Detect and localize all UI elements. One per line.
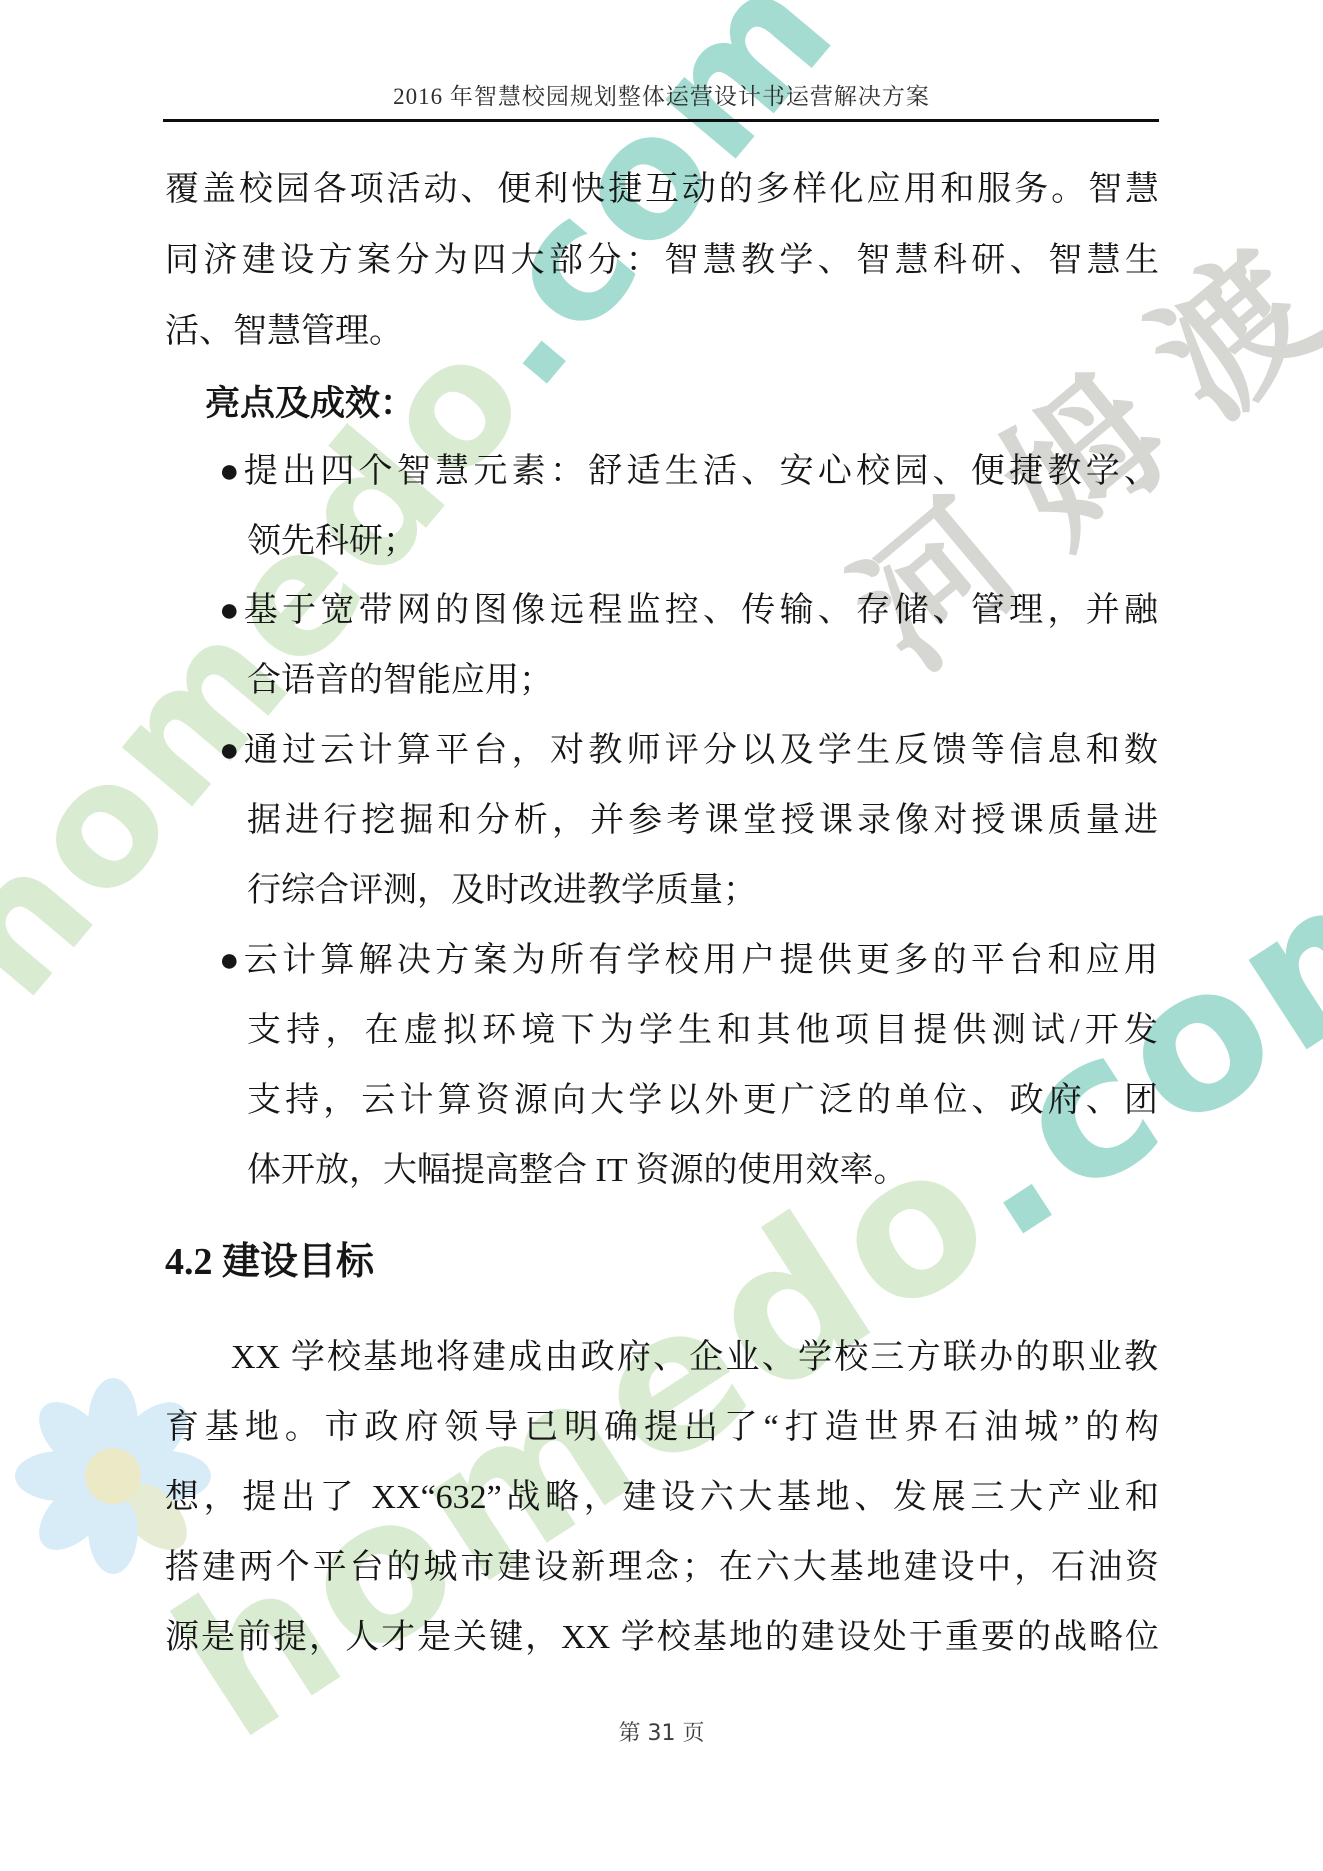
bullet-line: ●通过云计算平台，对教师评分以及学生反馈等信息和数 bbox=[219, 731, 1158, 772]
highlights-heading: 亮点及成效： bbox=[205, 383, 415, 425]
bullet-line: 领先科研； bbox=[247, 522, 417, 563]
body-line: 活、智慧管理。 bbox=[165, 312, 403, 353]
body-line: 源是前提，人才是关键，XX 学校基地的建设处于重要的战略位 bbox=[165, 1618, 1159, 1659]
body-line: 覆盖校园各项活动、便利快捷互动的多样化应用和服务。智慧 bbox=[165, 170, 1159, 211]
bullet-line: ●基于宽带网的图像远程监控、传输、存储、管理，并融 bbox=[219, 591, 1158, 632]
bullet-line: 支持，在虚拟环境下为学生和其他项目提供测试/开发 bbox=[247, 1011, 1158, 1052]
body-line: 想，提出了 XX“632”战略，建设六大基地、发展三大产业和 bbox=[165, 1478, 1159, 1519]
flower-center bbox=[85, 1448, 141, 1504]
bullet-line: ●云计算解决方案为所有学校用户提供更多的平台和应用 bbox=[219, 941, 1158, 982]
body-line: XX 学校基地将建成由政府、企业、学校三方联办的职业教 bbox=[231, 1338, 1158, 1379]
body-line: 搭建两个平台的城市建设新理念；在六大基地建设中，石油资 bbox=[165, 1548, 1159, 1589]
bullet-line: 支持，云计算资源向大学以外更广泛的单位、政府、团 bbox=[247, 1081, 1158, 1122]
body-line: 育基地。市政府领导已明确提出了“打造世界石油城”的构 bbox=[165, 1408, 1159, 1449]
body-line: 同济建设方案分为四大部分：智慧教学、智慧科研、智慧生 bbox=[165, 241, 1159, 282]
section-heading: 4.2 建设目标 bbox=[165, 1240, 374, 1286]
page-number: 第 31 页 bbox=[0, 1716, 1323, 1747]
page-header-title: 2016 年智慧校园规划整体运营设计书运营解决方案 bbox=[0, 78, 1323, 111]
bullet-line: 据进行挖掘和分析，并参考课堂授课录像对授课质量进 bbox=[247, 801, 1158, 842]
document-page: homedo.com homedo.com 河姆渡 2016 年智慧校园规划整体… bbox=[0, 0, 1323, 1871]
bullet-line: 行综合评测，及时改进教学质量； bbox=[247, 871, 757, 912]
bullet-line: 体开放，大幅提高整合 IT 资源的使用效率。 bbox=[247, 1151, 907, 1192]
watermark-homedo-upper: homedo.com bbox=[0, 0, 863, 1023]
header-divider bbox=[163, 119, 1159, 122]
bullet-line: 合语音的智能应用； bbox=[247, 661, 553, 702]
bullet-line: ●提出四个智慧元素：舒适生活、安心校园、便捷教学、 bbox=[219, 452, 1158, 493]
